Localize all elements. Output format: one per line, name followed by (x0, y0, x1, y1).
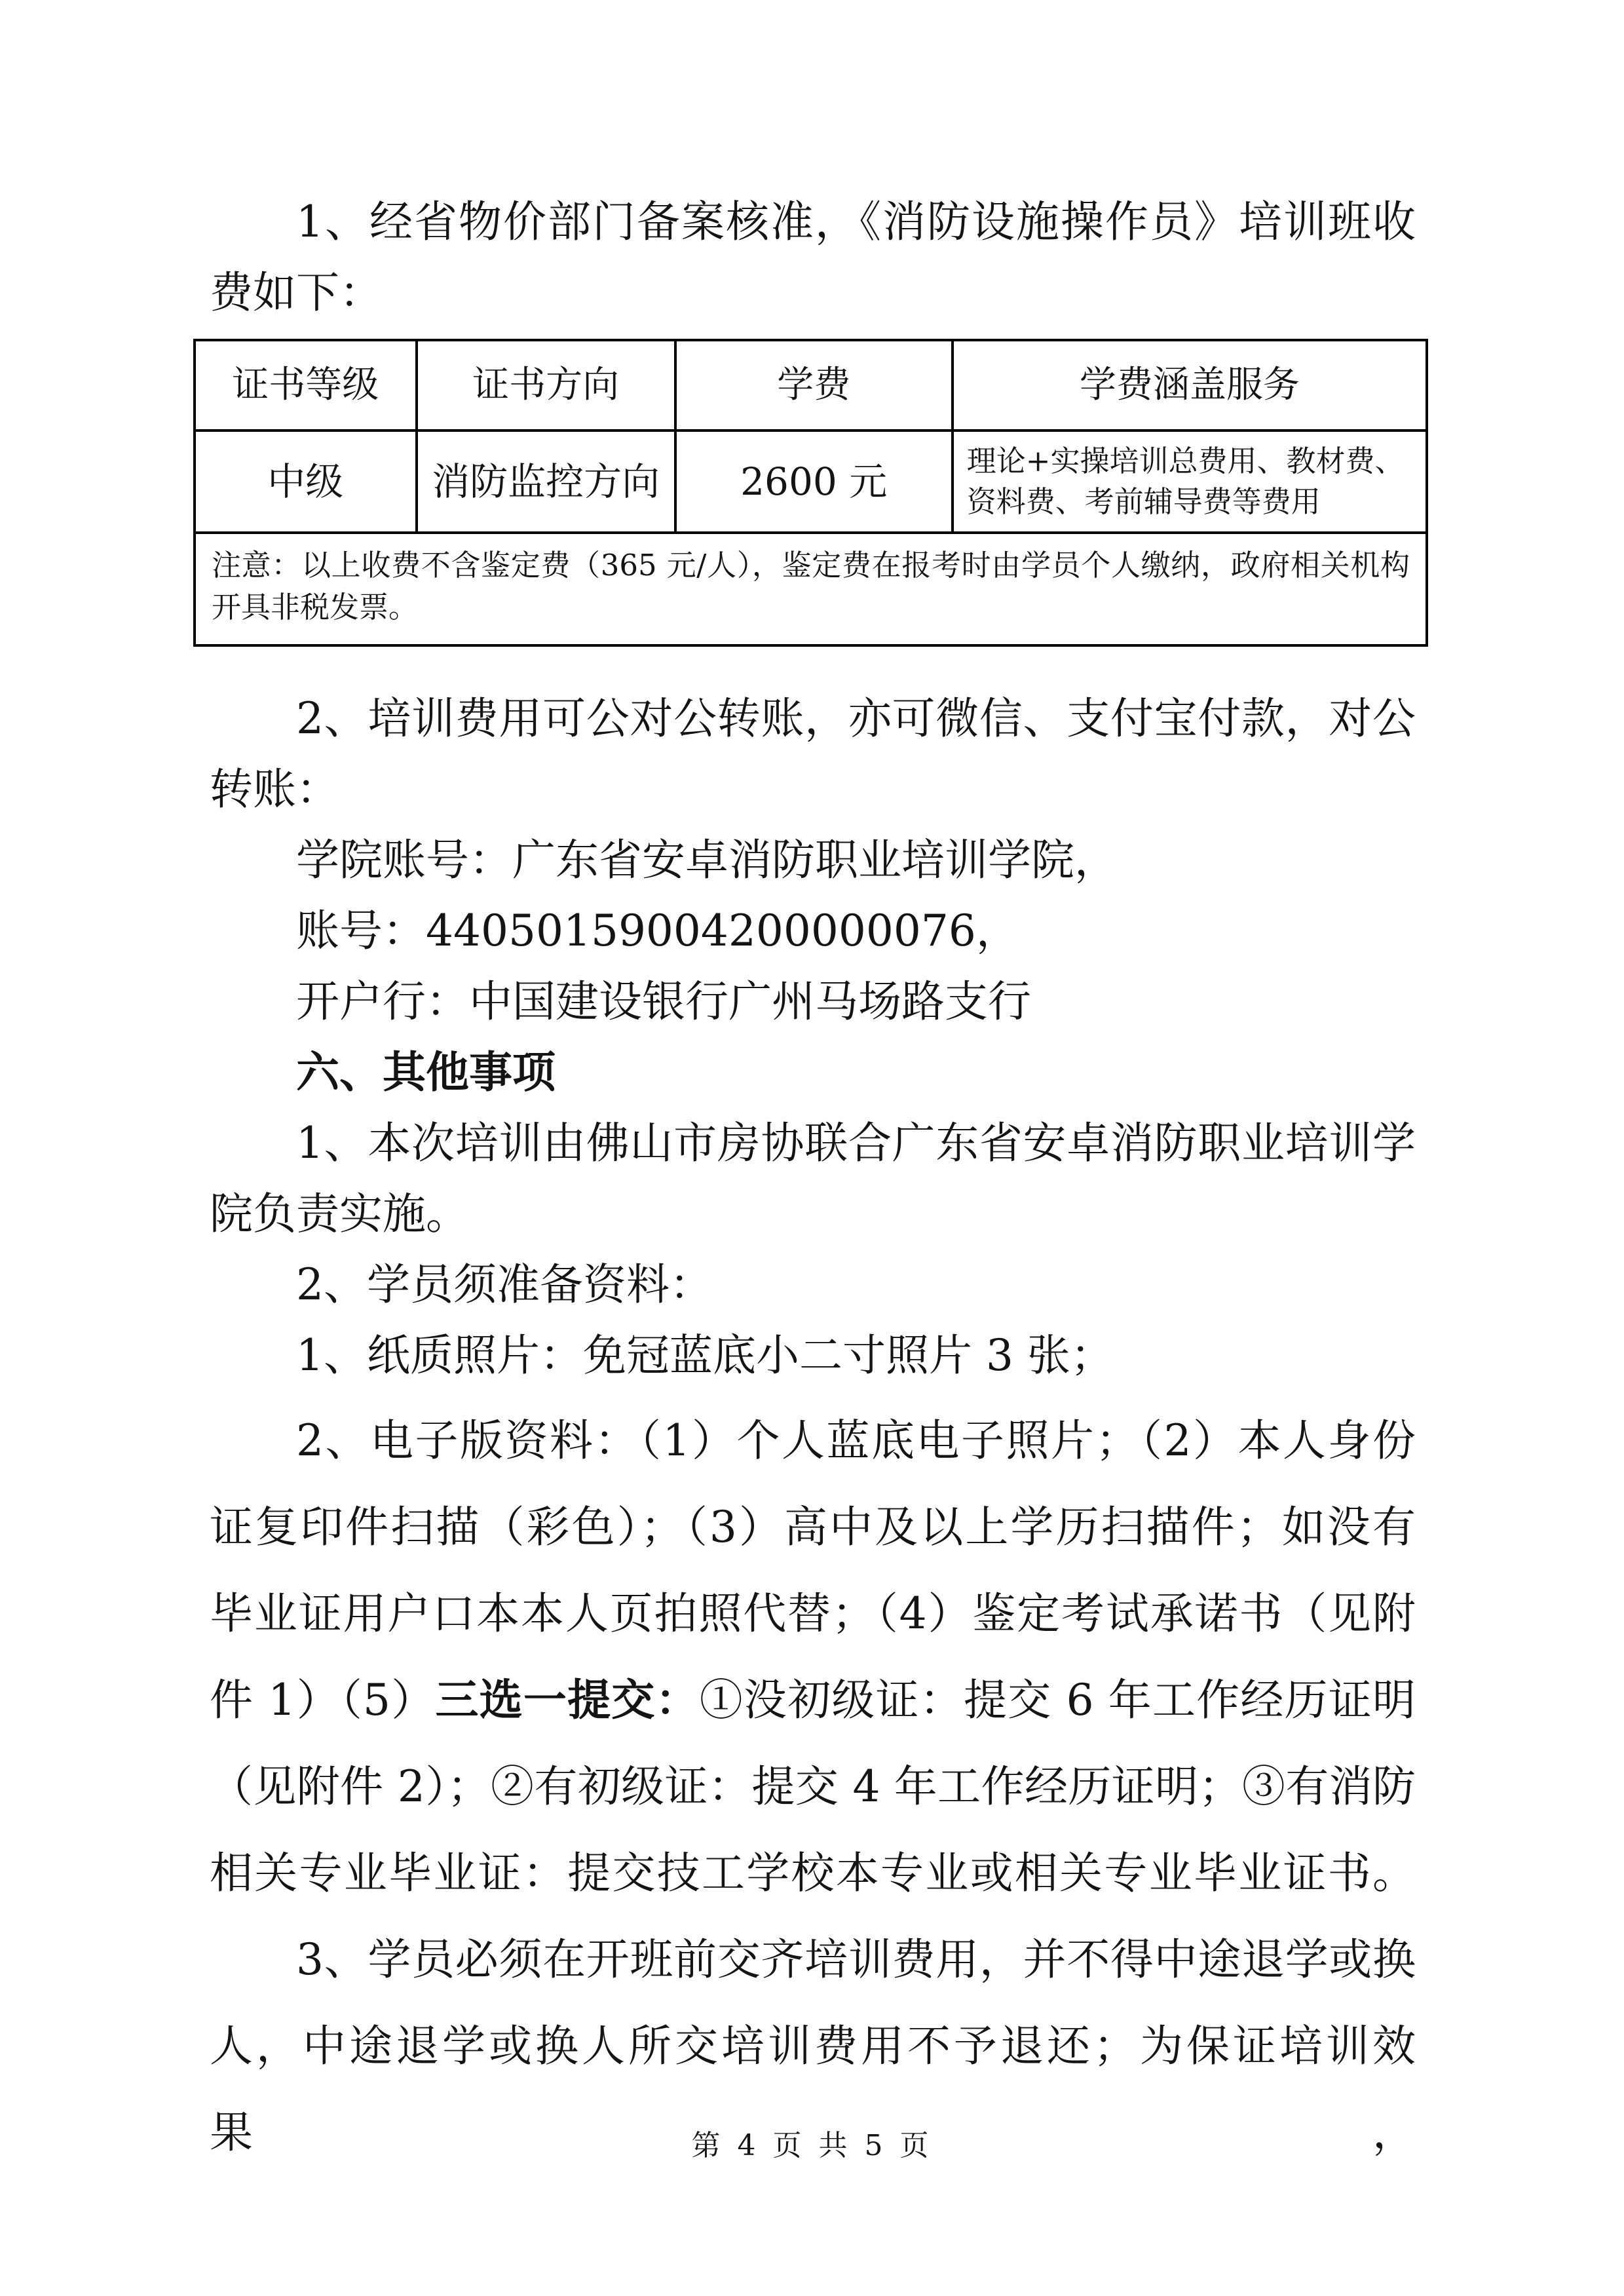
fee-table-header-level: 证书等级 (195, 340, 417, 430)
account-number: 账号：44050159004200000076， (210, 896, 1416, 966)
para-payment-line1: 2、培训费用可公对公转账，亦可微信、支付宝付款，对公 (210, 683, 1416, 754)
section-title-other-matters: 六、其他事项 (210, 1037, 1416, 1108)
fee-table: 证书等级 证书方向 学费 学费涵盖服务 中级 消防监控方向 2600 元 理论+… (193, 339, 1428, 647)
item2-intro: 2、学员须准备资料： (210, 1250, 1416, 1320)
fee-table-cell-direction: 消防监控方向 (417, 430, 675, 533)
materials-digital-line2: 证复印件扫描（彩色）；（3）高中及以上学历扫描件；如没有 (210, 1484, 1416, 1571)
fee-table-note: 注意：以上收费不含鉴定费（365 元/人），鉴定费在报考时由学员个人缴纳，政府相… (195, 533, 1427, 645)
para-fee-intro-line1: 1、经省物价部门备案核准，《消防设施操作员》培训班收 (210, 187, 1416, 258)
materials-paper-photo: 1、纸质照片：免冠蓝底小二寸照片 3 张； (210, 1320, 1416, 1391)
document-page: 1、经省物价部门备案核准，《消防设施操作员》培训班收 费如下： 证书等级 证书方… (0, 0, 1624, 2296)
fee-table-cell-tuition: 2600 元 (675, 430, 953, 533)
materials-digital-line4-post: ①没初级证：提交 6 年工作经历证明 (700, 1675, 1416, 1725)
fee-table-header-row: 证书等级 证书方向 学费 学费涵盖服务 (195, 340, 1427, 430)
document-content: 1、经省物价部门备案核准，《消防设施操作员》培训班收 费如下： 证书等级 证书方… (210, 187, 1416, 2176)
para-fee-intro-line2: 费如下： (210, 258, 1416, 328)
fee-table-header-direction: 证书方向 (417, 340, 675, 430)
fee-table-header-tuition: 学费 (675, 340, 953, 430)
fee-table-note-row: 注意：以上收费不含鉴定费（365 元/人），鉴定费在报考时由学员个人缴纳，政府相… (195, 533, 1427, 645)
account-name: 学院账号：广东省安卓消防职业培训学院， (210, 825, 1416, 896)
materials-digital-line4-pre: 件 1）（5） (210, 1675, 435, 1725)
fee-table-data-row: 中级 消防监控方向 2600 元 理论+实操培训总费用、教材费、资料费、考前辅导… (195, 430, 1427, 533)
materials-digital-line6: 相关专业毕业证：提交技工学校本专业或相关专业毕业证书。 (210, 1830, 1416, 1917)
materials-digital-line4-bold: 三选一提交： (435, 1675, 699, 1725)
materials-digital-line5: （见附件 2）；②有初级证：提交 4 年工作经历证明；③有消防 (210, 1744, 1416, 1830)
materials-digital-line1: 2、电子版资料：（1）个人蓝底电子照片；（2）本人身份 (210, 1398, 1416, 1484)
fee-table-cell-level: 中级 (195, 430, 417, 533)
item1-line1: 1、本次培训由佛山市房协联合广东省安卓消防职业培训学 (210, 1108, 1416, 1179)
page-number-footer: 第 4 页 共 5 页 (0, 2122, 1624, 2164)
item1-line2: 院负责实施。 (210, 1179, 1416, 1250)
materials-digital-line3: 毕业证用户口本本人页拍照代替；（4）鉴定考试承诺书（见附 (210, 1571, 1416, 1657)
fee-table-cell-services: 理论+实操培训总费用、教材费、资料费、考前辅导费等费用 (953, 430, 1427, 533)
materials-digital-line4: 件 1）（5）三选一提交：①没初级证：提交 6 年工作经历证明 (210, 1657, 1416, 1744)
para-payment-line2: 转账： (210, 754, 1416, 825)
item3-line1: 3、学员必须在开班前交齐培训费用，并不得中途退学或换 (210, 1917, 1416, 2003)
bank-branch: 开户行：中国建设银行广州马场路支行 (210, 966, 1416, 1037)
materials-digital-block: 2、电子版资料：（1）个人蓝底电子照片；（2）本人身份 证复印件扫描（彩色）；（… (210, 1398, 1416, 2176)
fee-table-header-services: 学费涵盖服务 (953, 340, 1427, 430)
